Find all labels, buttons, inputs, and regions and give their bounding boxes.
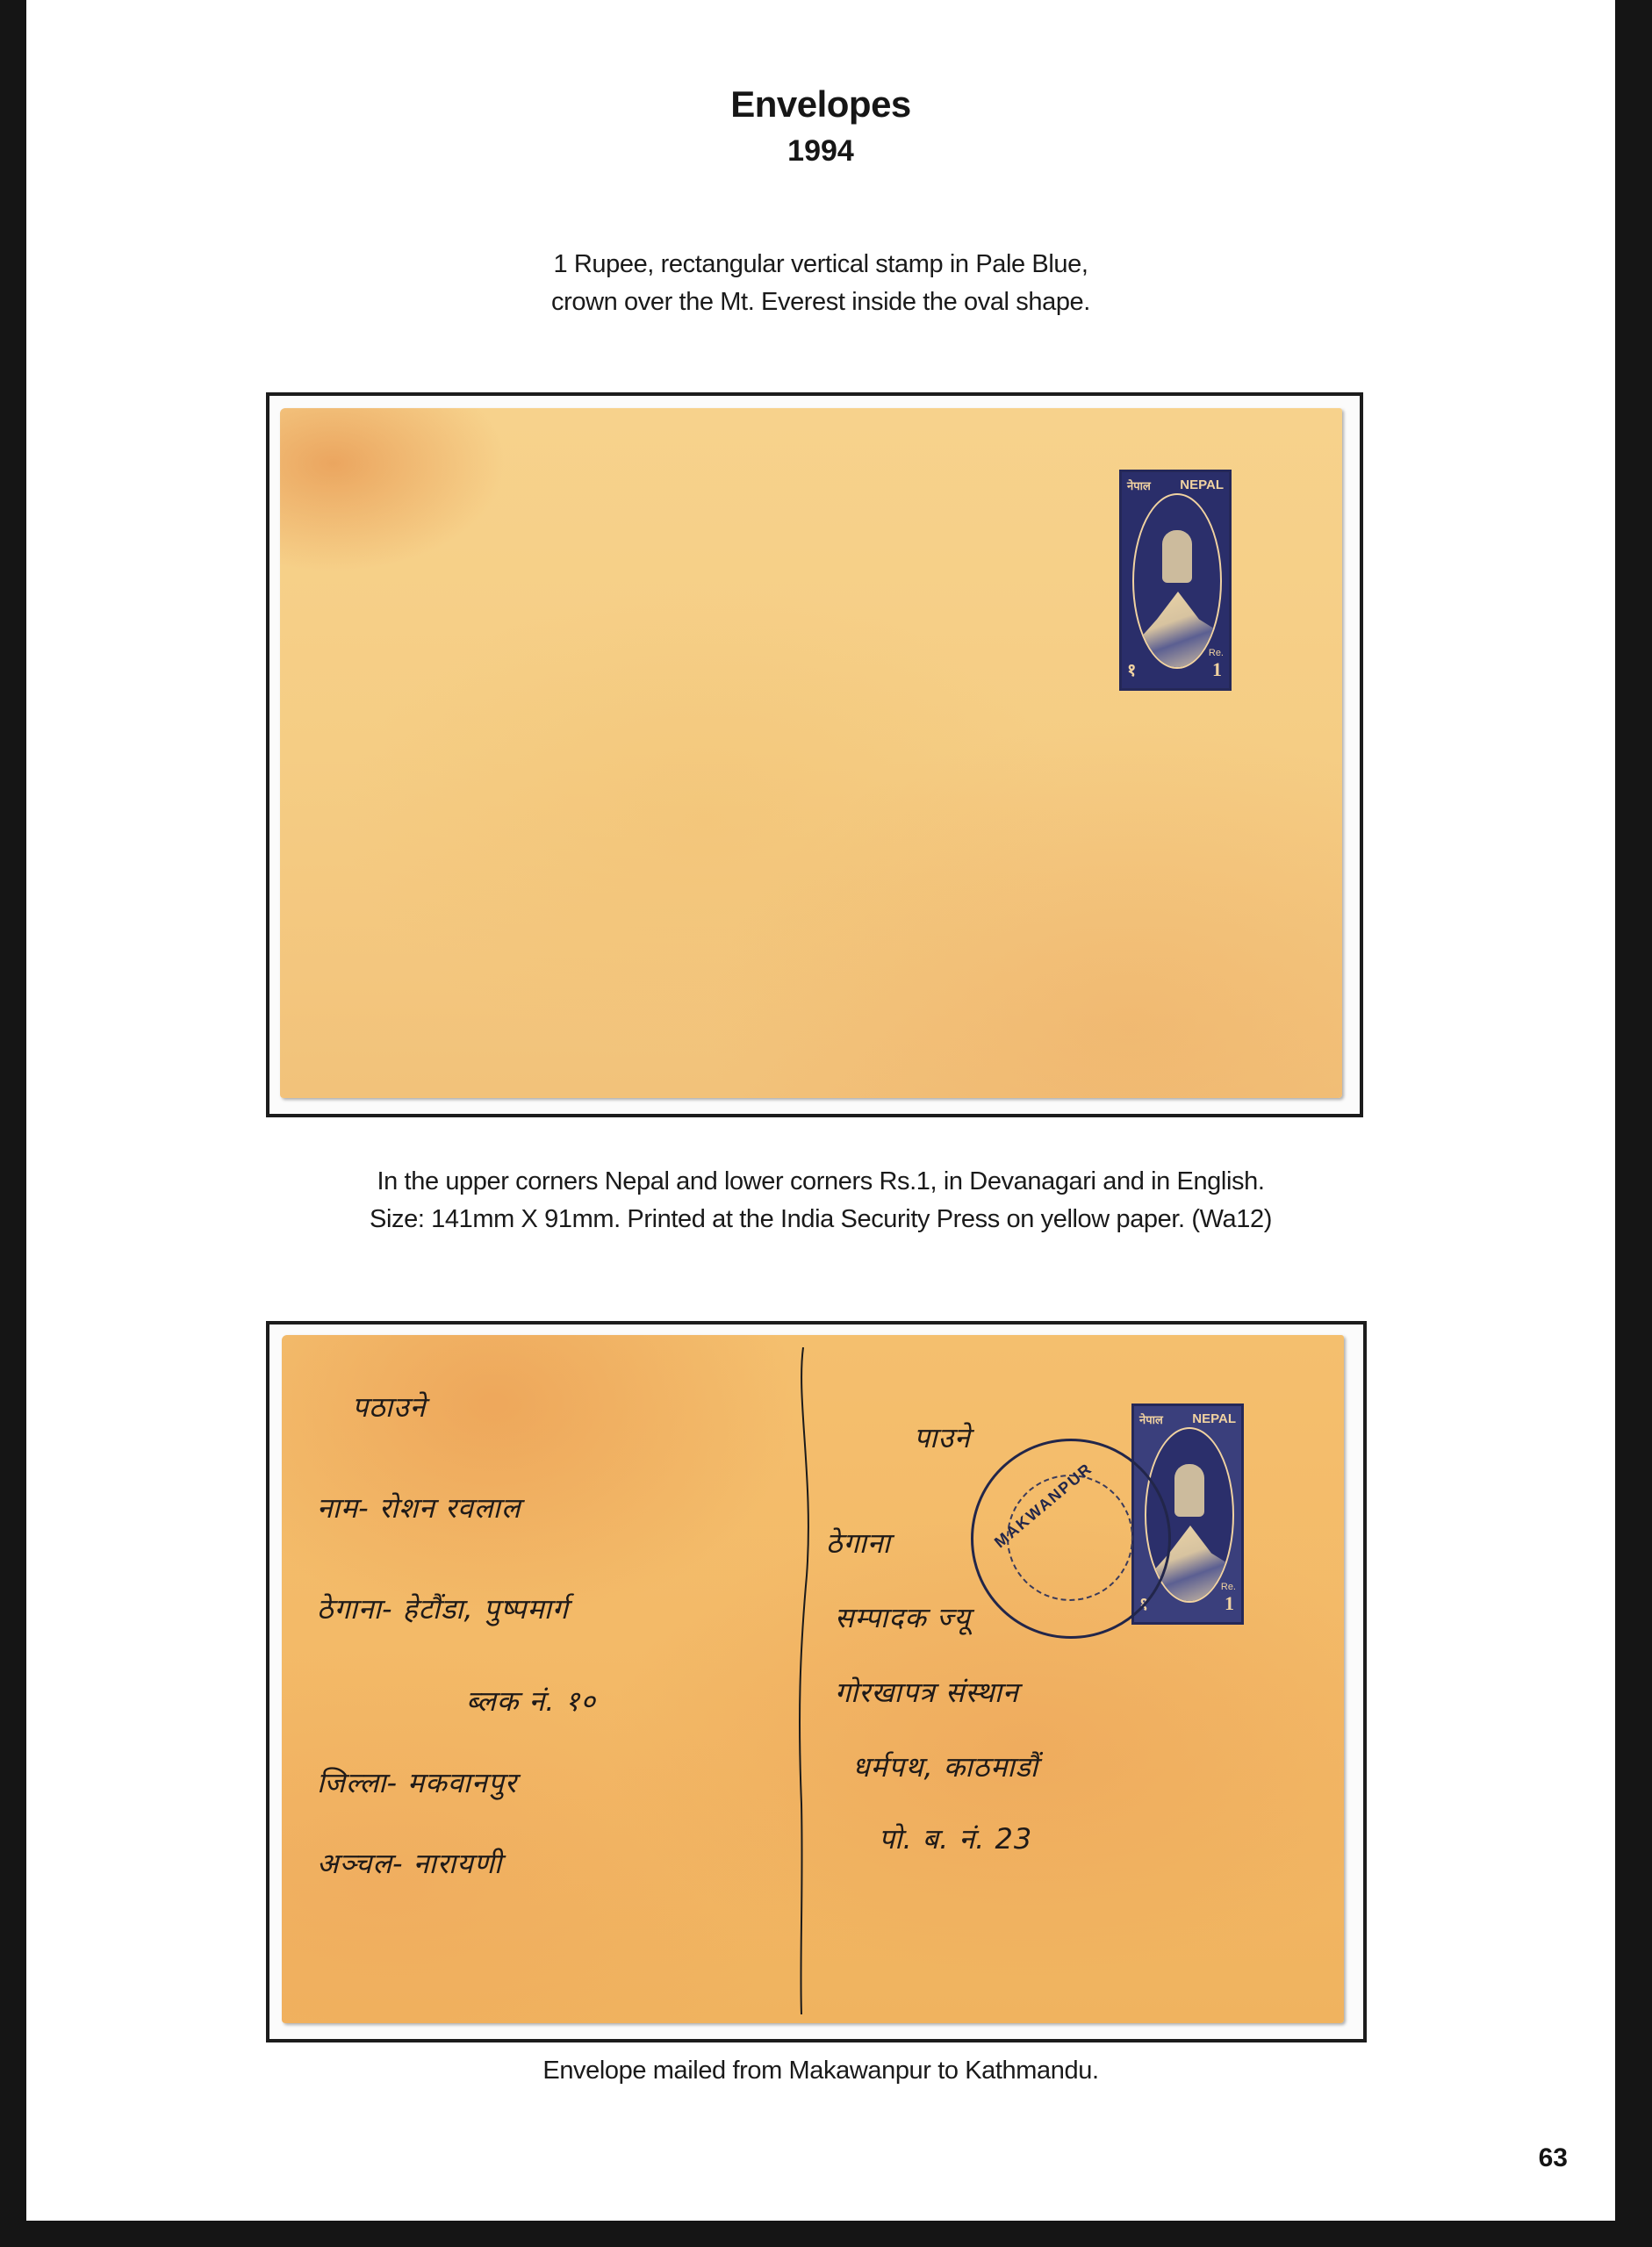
stamp-country-english: NEPAL: [1180, 477, 1224, 492]
sender-line: जिल्ला- मकवानपुर: [317, 1763, 517, 1801]
envelope-frame-unused: नेपाल NEPAL Re. १ 1: [266, 392, 1363, 1117]
sender-line: ठेगाना- हेटौंडा, पुष्पमार्ग: [317, 1590, 569, 1627]
sender-heading: पठाउने: [352, 1388, 426, 1425]
recipient-heading: पाउने: [914, 1418, 971, 1456]
stamp-country-devanagari: नेपाल: [1139, 1411, 1163, 1427]
description-line: crown over the Mt. Everest inside the ov…: [26, 284, 1615, 321]
stamp-value-devanagari: १: [1127, 657, 1136, 681]
handdrawn-divider: [794, 1347, 815, 2014]
envelope-unused: नेपाल NEPAL Re. १ 1: [280, 408, 1342, 1098]
stamp-value-english: 1: [1225, 1592, 1234, 1615]
stamp-description: 1 Rupee, rectangular vertical stamp in P…: [26, 246, 1615, 321]
recipient-line: सम्पादक ज्यू: [835, 1598, 971, 1636]
page-title: Envelopes: [26, 83, 1615, 126]
recipient-line: गोरखापत्र संस्थान: [835, 1673, 1019, 1711]
envelope-frame-used: पठाउने नाम- रोशन रवलाल ठेगाना- हेटौंडा, …: [266, 1321, 1367, 2042]
envelope-notes: In the upper corners Nepal and lower cor…: [26, 1163, 1615, 1238]
stamp-oval: [1132, 493, 1222, 669]
sender-line: नाम- रोशन रवलाल: [317, 1489, 521, 1526]
stamp-value-english: 1: [1212, 658, 1222, 681]
envelope-used: पठाउने नाम- रोशन रवलाल ठेगाना- हेटौंडा, …: [282, 1335, 1344, 2023]
stamp-country-english: NEPAL: [1192, 1411, 1236, 1426]
postmark: MAKWANPUR: [971, 1439, 1171, 1639]
envelope-caption: Envelope mailed from Makawanpur to Kathm…: [26, 2052, 1615, 2090]
page-year: 1994: [26, 134, 1615, 169]
album-page: Envelopes 1994 1 Rupee, rectangular vert…: [26, 0, 1615, 2221]
imprinted-stamp: नेपाल NEPAL Re. १ 1: [1119, 470, 1232, 691]
notes-line: Size: 141mm X 91mm. Printed at the India…: [26, 1201, 1615, 1238]
stamp-currency-english: Re.: [1209, 648, 1224, 658]
stamp-currency-english: Re.: [1221, 1582, 1236, 1592]
sender-line: ब्लक नं. १०: [466, 1682, 596, 1719]
stamp-country-devanagari: नेपाल: [1127, 477, 1151, 493]
page-number: 63: [1539, 2143, 1568, 2173]
notes-line: In the upper corners Nepal and lower cor…: [26, 1163, 1615, 1201]
crown-icon: [1162, 530, 1192, 583]
sender-line: अञ्चल- नारायणी: [317, 1844, 502, 1882]
crown-icon: [1174, 1464, 1204, 1517]
recipient-line: ठेगाना: [826, 1524, 891, 1561]
recipient-line: धर्मपथ, काठमाडौं: [852, 1748, 1038, 1785]
description-line: 1 Rupee, rectangular vertical stamp in P…: [26, 246, 1615, 284]
recipient-line: पो. ब. नं. 23: [879, 1820, 1032, 1857]
